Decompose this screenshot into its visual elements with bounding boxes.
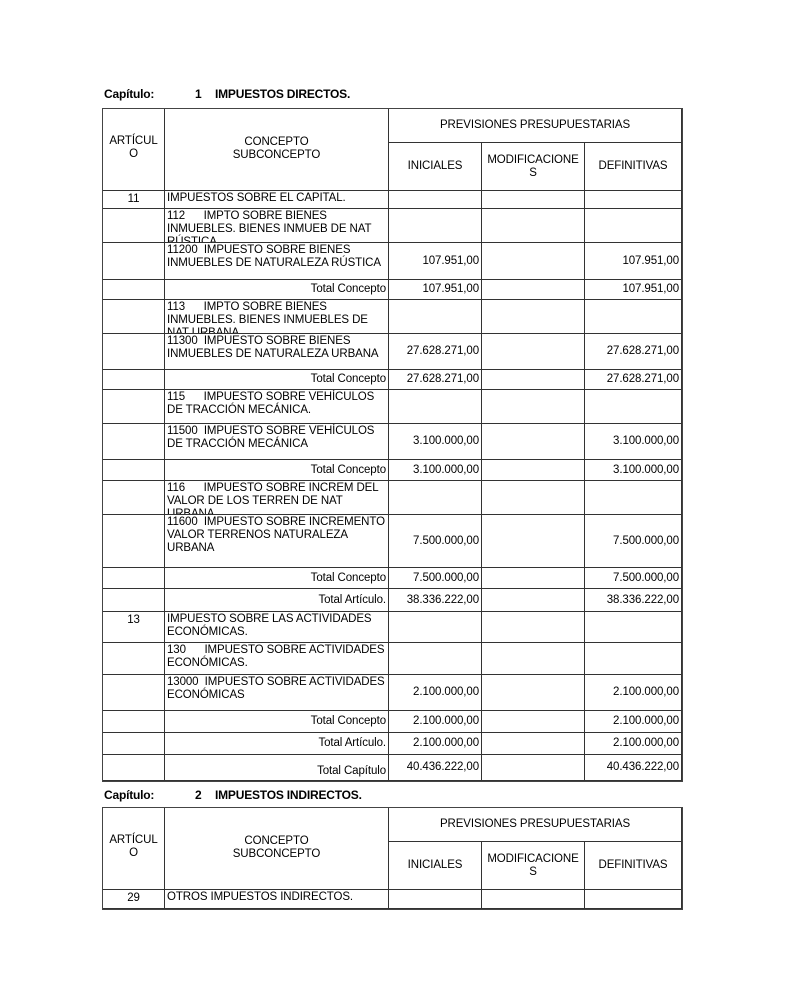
- row-modificaciones: [482, 711, 585, 733]
- row-articulo: [102, 733, 165, 755]
- row-articulo: 13: [102, 612, 165, 643]
- header-subconcepto-label: SUBCONCEPTO: [233, 848, 321, 861]
- row-articulo: [102, 460, 165, 481]
- row-definitivas: 107.951,00: [585, 243, 682, 280]
- row-definitivas: 38.336.222,00: [585, 589, 682, 612]
- row-iniciales: 107.951,00: [389, 243, 482, 280]
- row-concepto: IMPUESTOS SOBRE EL CAPITAL.: [165, 191, 389, 209]
- chapter-title: IMPUESTOS INDIRECTOS.: [215, 788, 362, 802]
- row-concepto: 13000 IMPUESTO SOBRE ACTIVIDADES ECONÓMI…: [165, 675, 389, 711]
- row-total-label: Total Concepto: [165, 460, 389, 481]
- row-modificaciones: [482, 300, 585, 334]
- row-articulo: 29: [102, 890, 165, 909]
- row-concepto: 112 IMPTO SOBRE BIENES INMUEBLES. BIENES…: [165, 209, 389, 243]
- header-definitivas: DEFINITIVAS: [585, 143, 682, 191]
- row-definitivas: 40.436.222,00: [585, 755, 682, 781]
- row-articulo: [102, 515, 165, 568]
- row-articulo: [102, 481, 165, 515]
- row-modificaciones: [482, 370, 585, 390]
- row-concepto: 116 IMPUESTO SOBRE INCREM DEL VALOR DE L…: [165, 481, 389, 515]
- row-definitivas: 27.628.271,00: [585, 370, 682, 390]
- row-modificaciones: [482, 890, 585, 909]
- row-iniciales: 2.100.000,00: [389, 733, 482, 755]
- row-definitivas: [585, 390, 682, 424]
- row-definitivas: 107.951,00: [585, 280, 682, 300]
- row-articulo: [102, 243, 165, 280]
- row-definitivas: [585, 890, 682, 909]
- header-concepto: CONCEPTOSUBCONCEPTO: [165, 108, 389, 191]
- row-articulo: [102, 280, 165, 300]
- header-modificaciones-label: MODIFICACIONE S: [484, 853, 582, 879]
- header-subconcepto-label: SUBCONCEPTO: [233, 149, 321, 162]
- header-modificaciones: MODIFICACIONE S: [482, 143, 585, 191]
- row-articulo: [102, 675, 165, 711]
- header-articulo: ARTÍCUL O: [102, 108, 165, 191]
- row-iniciales: 3.100.000,00: [389, 424, 482, 460]
- row-iniciales: [389, 191, 482, 209]
- row-iniciales: [389, 209, 482, 243]
- row-concepto: 11300 IMPUESTO SOBRE BIENES INMUEBLES DE…: [165, 334, 389, 370]
- header-modificaciones-label: MODIFICACIONE S: [484, 154, 582, 180]
- row-definitivas: [585, 481, 682, 515]
- row-modificaciones: [482, 390, 585, 424]
- row-modificaciones: [482, 243, 585, 280]
- row-articulo: [102, 390, 165, 424]
- row-modificaciones: [482, 515, 585, 568]
- row-modificaciones: [482, 568, 585, 589]
- row-concepto: 130 IMPUESTO SOBRE ACTIVIDADES ECONÓMICA…: [165, 643, 389, 675]
- header-previsiones: PREVISIONES PRESUPUESTARIAS: [389, 108, 682, 143]
- row-definitivas: 2.100.000,00: [585, 675, 682, 711]
- row-total-label: Total Capítulo: [165, 755, 389, 781]
- row-iniciales: [389, 390, 482, 424]
- row-definitivas: [585, 643, 682, 675]
- header-iniciales: INICIALES: [389, 143, 482, 191]
- row-articulo: [102, 589, 165, 612]
- row-modificaciones: [482, 191, 585, 209]
- row-concepto: IMPUESTO SOBRE LAS ACTIVIDADES ECONÓMICA…: [165, 612, 389, 643]
- header-articulo: ARTÍCUL O: [102, 807, 165, 890]
- row-iniciales: 27.628.271,00: [389, 370, 482, 390]
- row-definitivas: 3.100.000,00: [585, 460, 682, 481]
- row-modificaciones: [482, 643, 585, 675]
- row-iniciales: 7.500.000,00: [389, 568, 482, 589]
- row-iniciales: [389, 890, 482, 909]
- chapter-label: Capítulo:: [104, 788, 154, 802]
- row-modificaciones: [482, 589, 585, 612]
- row-modificaciones: [482, 209, 585, 243]
- row-articulo: [102, 209, 165, 243]
- header-concepto: CONCEPTOSUBCONCEPTO: [165, 807, 389, 890]
- row-articulo: [102, 755, 165, 781]
- row-definitivas: 7.500.000,00: [585, 568, 682, 589]
- row-modificaciones: [482, 612, 585, 643]
- row-concepto: OTROS IMPUESTOS INDIRECTOS.: [165, 890, 389, 909]
- row-iniciales: [389, 300, 482, 334]
- row-articulo: [102, 424, 165, 460]
- row-total-label: Total Artículo.: [165, 733, 389, 755]
- row-articulo: 11: [102, 191, 165, 209]
- row-articulo: [102, 370, 165, 390]
- row-concepto: 11200 IMPUESTO SOBRE BIENES INMUEBLES DE…: [165, 243, 389, 280]
- row-concepto: 113 IMPTO SOBRE BIENES INMUEBLES. BIENES…: [165, 300, 389, 334]
- row-concepto: 11600 IMPUESTO SOBRE INCREMENTO VALOR TE…: [165, 515, 389, 568]
- chapter-number: 2: [195, 788, 201, 802]
- header-definitivas: DEFINITIVAS: [585, 842, 682, 890]
- row-definitivas: [585, 300, 682, 334]
- row-iniciales: 38.336.222,00: [389, 589, 482, 612]
- row-concepto: 115 IMPUESTO SOBRE VEHÍCULOS DE TRACCIÓN…: [165, 390, 389, 424]
- row-articulo: [102, 334, 165, 370]
- row-concepto: 11500 IMPUESTO SOBRE VEHÍCULOS DE TRACCI…: [165, 424, 389, 460]
- row-iniciales: 107.951,00: [389, 280, 482, 300]
- row-definitivas: 27.628.271,00: [585, 334, 682, 370]
- row-articulo: [102, 643, 165, 675]
- row-iniciales: 7.500.000,00: [389, 515, 482, 568]
- row-iniciales: [389, 481, 482, 515]
- row-total-label: Total Concepto: [165, 280, 389, 300]
- row-modificaciones: [482, 755, 585, 781]
- row-articulo: [102, 711, 165, 733]
- row-total-label: Total Concepto: [165, 370, 389, 390]
- row-total-label: Total Concepto: [165, 568, 389, 589]
- header-modificaciones: MODIFICACIONE S: [482, 842, 585, 890]
- row-articulo: [102, 568, 165, 589]
- row-total-label: Total Artículo.: [165, 589, 389, 612]
- row-modificaciones: [482, 280, 585, 300]
- row-modificaciones: [482, 675, 585, 711]
- row-modificaciones: [482, 481, 585, 515]
- row-definitivas: [585, 612, 682, 643]
- row-definitivas: [585, 191, 682, 209]
- row-iniciales: 40.436.222,00: [389, 755, 482, 781]
- row-modificaciones: [482, 733, 585, 755]
- header-iniciales: INICIALES: [389, 842, 482, 890]
- row-iniciales: 2.100.000,00: [389, 675, 482, 711]
- row-iniciales: 3.100.000,00: [389, 460, 482, 481]
- row-modificaciones: [482, 460, 585, 481]
- row-modificaciones: [482, 424, 585, 460]
- row-definitivas: 2.100.000,00: [585, 733, 682, 755]
- header-concepto-label: CONCEPTO: [244, 136, 308, 149]
- row-definitivas: 3.100.000,00: [585, 424, 682, 460]
- row-definitivas: 7.500.000,00: [585, 515, 682, 568]
- chapter-title: IMPUESTOS DIRECTOS.: [215, 87, 350, 101]
- row-definitivas: 2.100.000,00: [585, 711, 682, 733]
- row-iniciales: [389, 612, 482, 643]
- row-iniciales: 2.100.000,00: [389, 711, 482, 733]
- row-iniciales: [389, 643, 482, 675]
- row-modificaciones: [482, 334, 585, 370]
- row-articulo: [102, 300, 165, 334]
- chapter-number: 1: [195, 87, 201, 101]
- row-total-label: Total Concepto: [165, 711, 389, 733]
- header-previsiones: PREVISIONES PRESUPUESTARIAS: [389, 807, 682, 842]
- row-definitivas: [585, 209, 682, 243]
- chapter-label: Capítulo:: [104, 87, 154, 101]
- row-iniciales: 27.628.271,00: [389, 334, 482, 370]
- header-articulo-label: ARTÍCUL O: [106, 135, 162, 161]
- header-articulo-label: ARTÍCUL O: [106, 834, 162, 860]
- header-concepto-label: CONCEPTO: [244, 835, 308, 848]
